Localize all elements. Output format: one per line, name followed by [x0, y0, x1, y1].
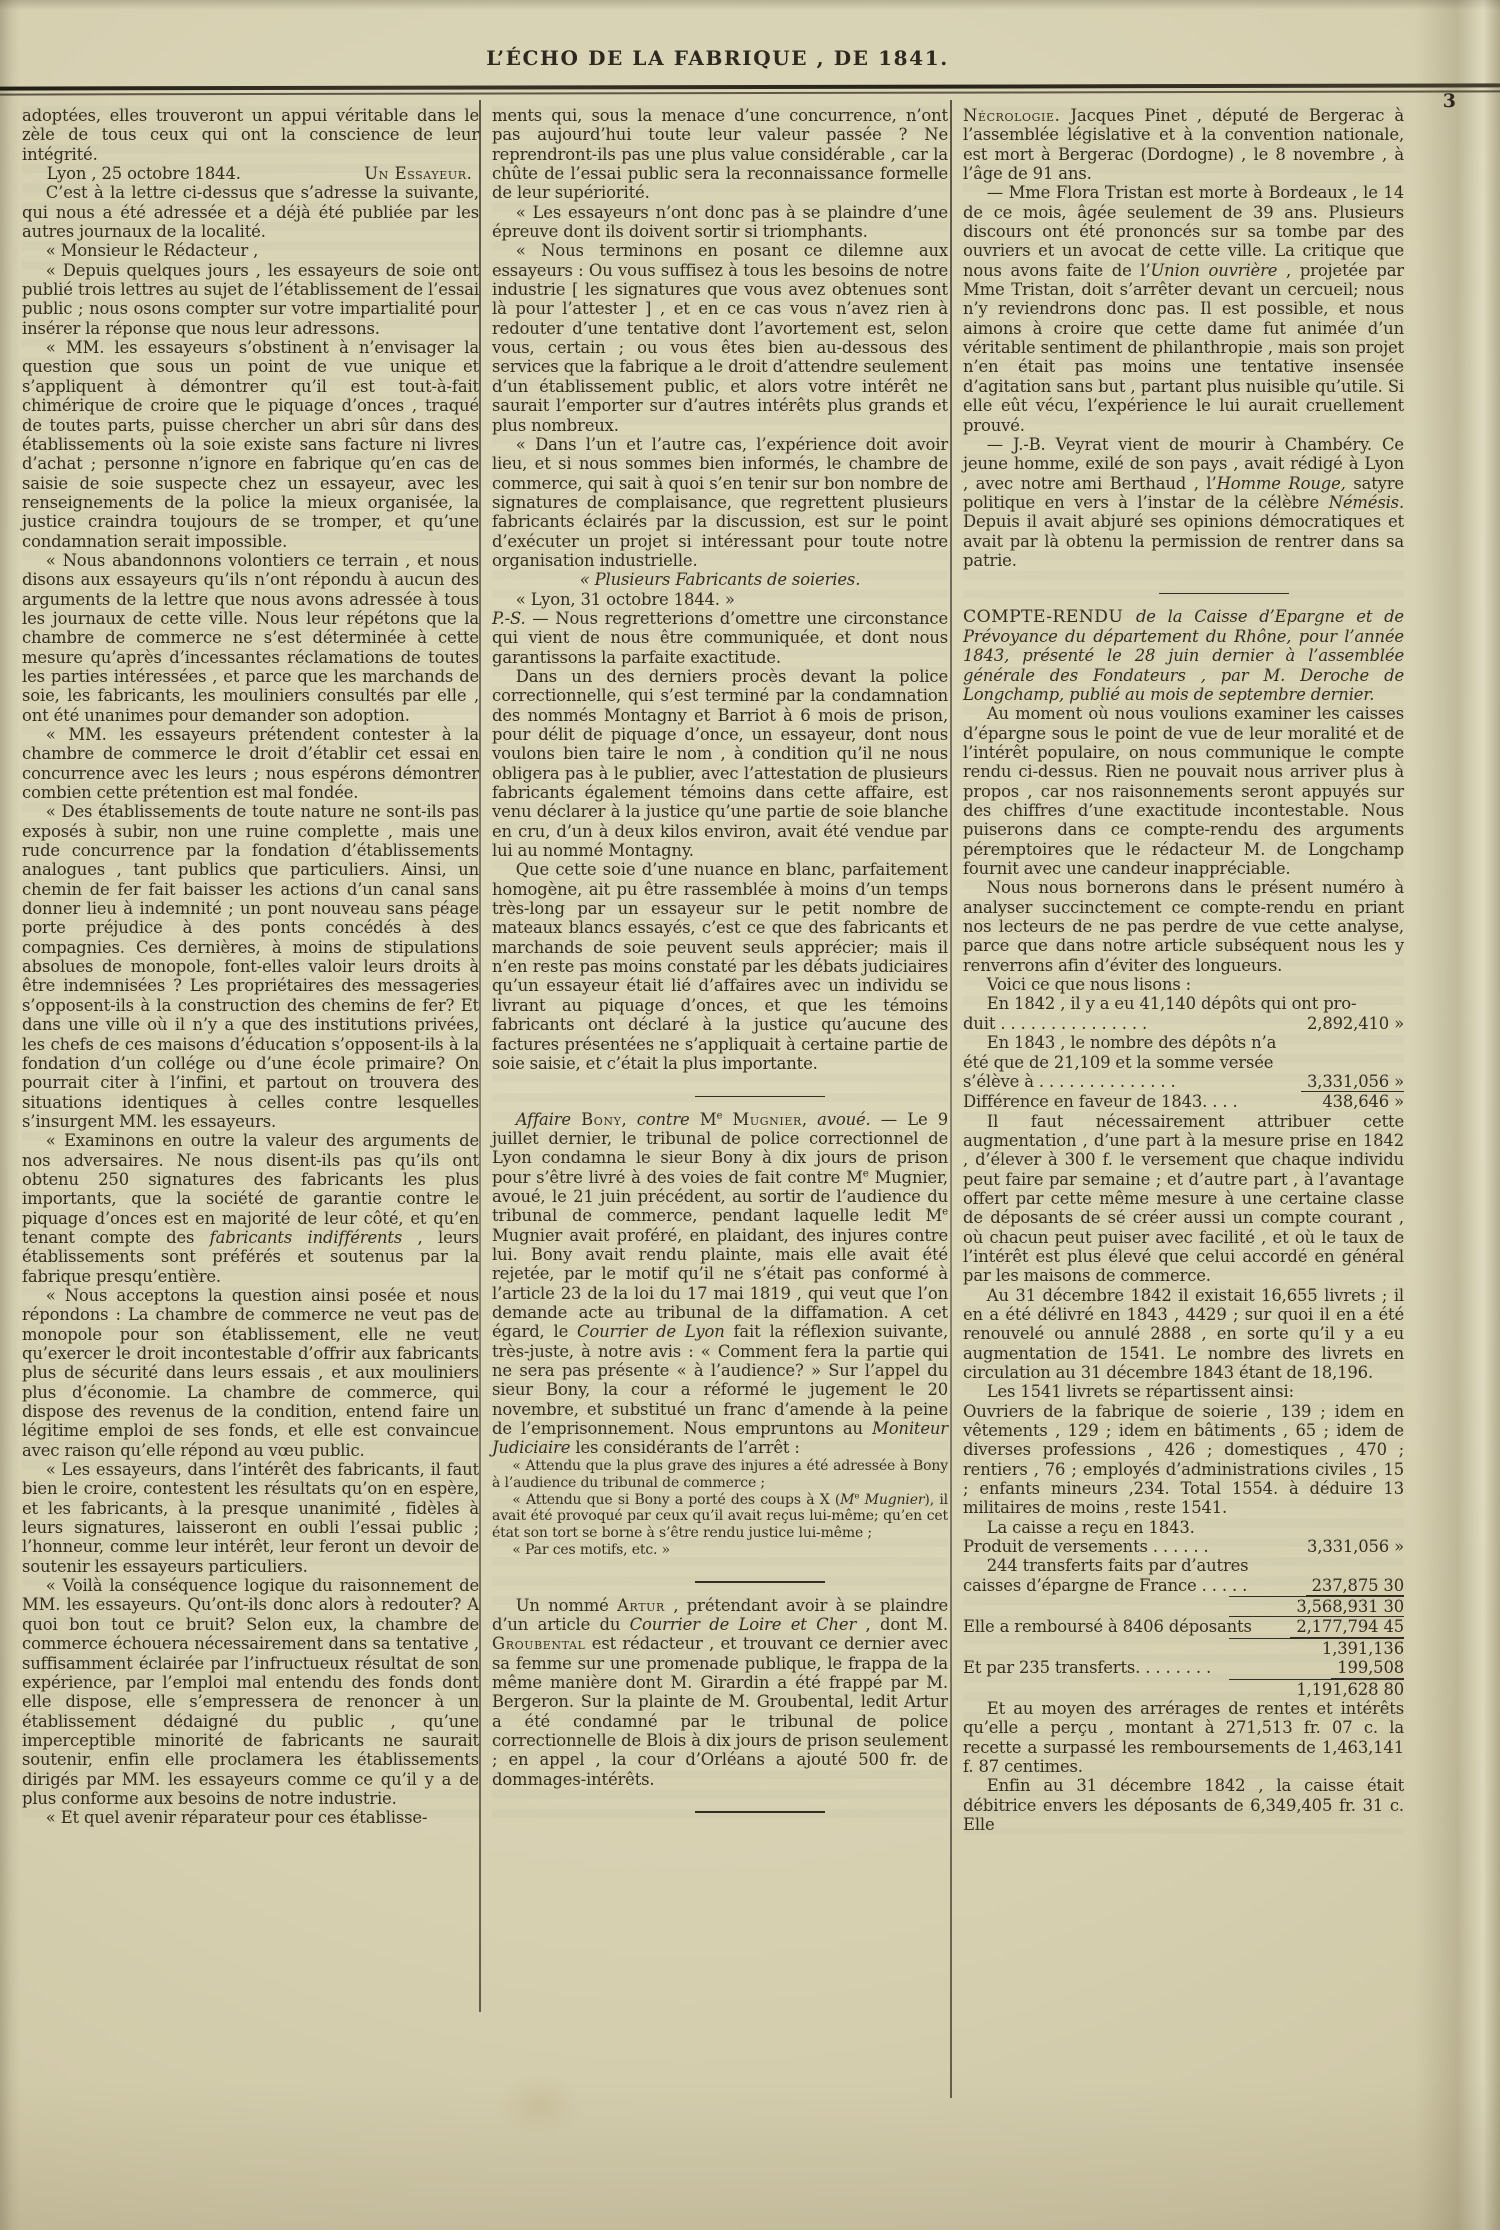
- sum-line: 1,391,136: [963, 1638, 1404, 1658]
- paragraph: En 1843 , le nombre des dépôts n’a: [963, 1033, 1404, 1052]
- header-rule-thin: [0, 90, 1500, 95]
- ledger-line: duit . . . . . . . . . . . . . . .2,892,…: [963, 1014, 1404, 1033]
- newspaper-page: L’ÉCHO DE LA FABRIQUE , DE 1841. 3 adopt…: [0, 0, 1500, 2230]
- paragraph: Nécrologie. Jacques Pinet , député de Be…: [963, 106, 1404, 183]
- scan-bottom-shadow: [0, 2080, 1500, 2230]
- paragraph: « Et quel avenir réparateur pour ces éta…: [22, 1808, 479, 1827]
- section-divider: [492, 1798, 948, 1817]
- ledger-label: Produit de versements . . . . . .: [963, 1537, 1209, 1556]
- column-divider-2: [950, 100, 952, 2098]
- paragraph: « Nous terminons en posant ce dilemne au…: [492, 241, 948, 434]
- divider-line: [1159, 593, 1289, 595]
- paragraph: — J.-B. Veyrat vient de mourir à Chambér…: [963, 435, 1404, 570]
- paragraph: « Par ces motifs, etc. »: [492, 1542, 948, 1559]
- scan-left-shadow: [0, 0, 20, 2230]
- paragraph: Au moment où nous voulions examiner les …: [963, 704, 1404, 878]
- section-divider: [492, 1082, 948, 1101]
- dateline: Lyon , 25 octobre 1844.Un Essayeur.: [22, 164, 479, 183]
- ledger-label: Elle a remboursé à 8406 déposants: [963, 1617, 1252, 1637]
- ledger-line: s’élève à . . . . . . . . . . . . . .3,3…: [963, 1072, 1404, 1092]
- column-3: Nécrologie. Jacques Pinet , député de Be…: [963, 106, 1404, 1834]
- paragraph: C’est à la lettre ci-dessus que s’adress…: [22, 183, 479, 241]
- ledger-label: s’élève à . . . . . . . . . . . . . .: [963, 1072, 1176, 1092]
- sum-amount: 3,568,931 30: [1229, 1596, 1404, 1617]
- ledger-label: duit . . . . . . . . . . . . . . .: [963, 1014, 1147, 1033]
- paragraph: adoptées, elles trouveront un appui véri…: [22, 106, 479, 164]
- sum-line: 1,191,628 80: [963, 1679, 1404, 1699]
- divider-line: [695, 1811, 825, 1813]
- paragraph: Que cette soie d’une nuance en blanc, pa…: [492, 860, 948, 1073]
- section-divider: [963, 579, 1404, 598]
- page-curl-shadow: [1415, 0, 1500, 2230]
- dateline-left: Lyon , 25 octobre 1844.: [47, 164, 241, 183]
- paragraph: « Des établissements de toute nature ne …: [22, 802, 479, 1131]
- sum-amount: 1,191,628 80: [1229, 1679, 1404, 1699]
- paragraph: Enfin au 31 décembre 1842 , la caisse ét…: [963, 1776, 1404, 1834]
- divider-line: [695, 1581, 825, 1583]
- paragraph: « Attendu que si Bony a porté des coups …: [492, 1492, 948, 1543]
- page-number: 3: [1443, 90, 1456, 112]
- paragraph: Il faut nécessairement attribuer cette a…: [963, 1112, 1404, 1286]
- paragraph: P.-S. — Nous regretterions d’omettre une…: [492, 609, 948, 667]
- paragraph: En 1842 , il y a eu 41,140 dépôts qui on…: [963, 994, 1404, 1013]
- paragraph: « Examinons en outre la valeur des argum…: [22, 1131, 479, 1286]
- ledger-line: Elle a remboursé à 8406 déposants2,177,7…: [963, 1617, 1404, 1637]
- paragraph: Au 31 décembre 1842 il existait 16,655 l…: [963, 1286, 1404, 1383]
- page-header-title: L’ÉCHO DE LA FABRIQUE , DE 1841.: [55, 46, 1380, 70]
- header-rule: [0, 83, 1500, 95]
- paragraph: ments qui, sous la menace d’une concurre…: [492, 106, 948, 203]
- paragraph: « Depuis quelques jours , les essayeurs …: [22, 261, 479, 338]
- column-2: ments qui, sous la menace d’une concurre…: [492, 106, 948, 1825]
- ledger-amount: 237,875 30: [1306, 1576, 1404, 1596]
- paragraph: Nous nous bornerons dans le présent numé…: [963, 878, 1404, 975]
- ledger-label: caisses d’épargne de France . . . . .: [963, 1576, 1247, 1596]
- paragraph: La caisse a reçu en 1843.: [963, 1518, 1404, 1537]
- paragraph: « Voilà la conséquence logique du raison…: [22, 1576, 479, 1808]
- paragraph: 244 transferts faits par d’autres: [963, 1556, 1404, 1575]
- ledger-amount: 438,646 »: [1316, 1092, 1404, 1111]
- ledger-amount: 3,331,056 »: [1301, 1537, 1404, 1556]
- paragraph: — Mme Flora Tristan est morte à Bordeaux…: [963, 183, 1404, 434]
- column-1: adoptées, elles trouveront un appui véri…: [22, 106, 479, 1828]
- ledger-line: Différence en faveur de 1843. . . .438,6…: [963, 1092, 1404, 1111]
- header-rule-thick: [0, 83, 1500, 90]
- ledger-amount: 2,892,410 »: [1301, 1014, 1404, 1033]
- paragraph: été que de 21,109 et la somme versée: [963, 1053, 1404, 1072]
- paragraph: Affaire Bony, contre Me Mugnier, avoué. …: [492, 1110, 948, 1458]
- paragraph: « Nous acceptons la question ainsi posée…: [22, 1286, 479, 1460]
- ledger-line: Produit de versements . . . . . .3,331,0…: [963, 1537, 1404, 1556]
- sum-amount: 1,391,136: [1229, 1638, 1404, 1658]
- section-divider: [492, 1568, 948, 1587]
- divider-line: [695, 1096, 825, 1098]
- ledger-label: Différence en faveur de 1843. . . .: [963, 1092, 1238, 1111]
- paragraph: « MM. les essayeurs prétendent contester…: [22, 725, 479, 802]
- paragraph: « Les essayeurs n’ont donc pas à se plai…: [492, 203, 948, 242]
- column-divider-1: [479, 100, 481, 2012]
- signature: Un Essayeur.: [364, 164, 472, 183]
- paragraph: « Lyon, 31 octobre 1844. »: [492, 590, 948, 609]
- paragraph: Les 1541 livrets se répartissent ainsi:: [963, 1382, 1404, 1401]
- paragraph: « Nous abandonnons volontiers ce terrain…: [22, 551, 479, 725]
- paragraph: Voici ce que nous lisons :: [963, 975, 1404, 994]
- paragraph: Et au moyen des arrérages de rentes et i…: [963, 1699, 1404, 1776]
- scan-top-shadow: [0, 0, 1500, 10]
- paragraph: « MM. les essayeurs s’obstinent à n’envi…: [22, 338, 479, 551]
- paragraph: Dans un des derniers procès devant la po…: [492, 667, 948, 860]
- ledger-amount: 3,331,056 »: [1301, 1072, 1404, 1092]
- paragraph: « Les essayeurs, dans l’intérêt des fabr…: [22, 1460, 479, 1576]
- ledger-amount: 199,508: [1331, 1658, 1404, 1678]
- paragraph: COMPTE-RENDU de la Caisse d’Epargne et d…: [963, 607, 1404, 705]
- sum-line: 3,568,931 30: [963, 1596, 1404, 1617]
- ledger-amount: 2,177,794 45: [1290, 1617, 1404, 1637]
- ledger-line: caisses d’épargne de France . . . . .237…: [963, 1576, 1404, 1596]
- paragraph: « Dans l’un et l’autre cas, l’expérience…: [492, 435, 948, 570]
- paragraph: « Monsieur le Rédacteur ,: [22, 241, 479, 260]
- paragraph: « Plusieurs Fabricants de soieries.: [492, 570, 948, 589]
- paragraph: Un nommé Artur , prétendant avoir à se p…: [492, 1596, 948, 1789]
- paragraph: Ouvriers de la fabrique de soierie , 139…: [963, 1402, 1404, 1518]
- paragraph: « Attendu que la plus grave des injures …: [492, 1458, 948, 1492]
- paper-stain: [480, 2060, 600, 2150]
- ledger-label: Et par 235 transferts. . . . . . . .: [963, 1658, 1211, 1678]
- ledger-line: Et par 235 transferts. . . . . . . .199,…: [963, 1658, 1404, 1678]
